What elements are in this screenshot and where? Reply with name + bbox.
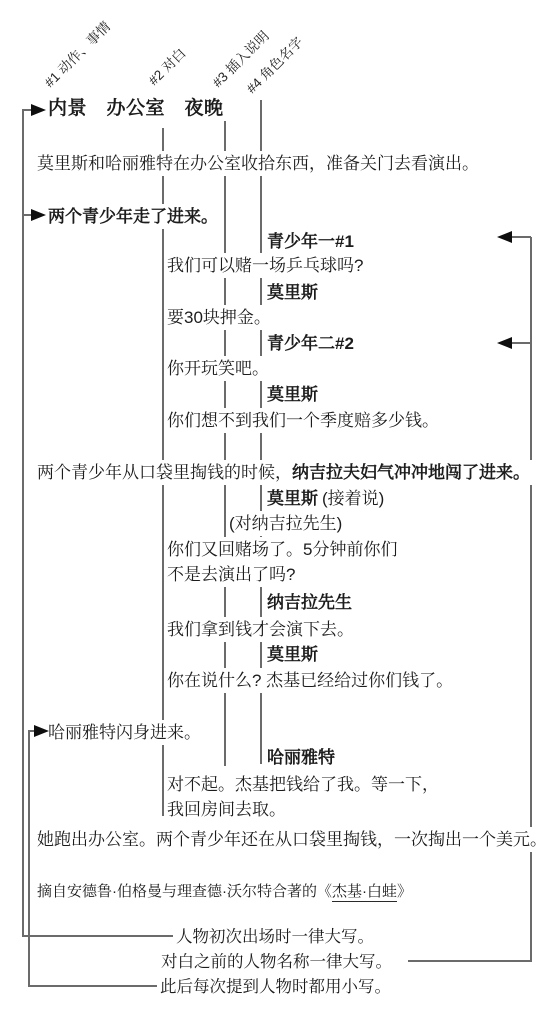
scene-heading: 内景 办公室 夜晚 <box>45 96 227 121</box>
subsequent-mention-bracket-line <box>28 731 30 987</box>
dialogue-line: 你开玩笑吧。 <box>164 356 272 381</box>
action-line-subsequent-mention: 哈丽雅特闪身进来。 <box>45 720 204 745</box>
action-line: 她跑出办公室。两个青少年还在从口袋里掏钱，一次掏出一个美元。 <box>34 827 550 852</box>
dialogue-line: 我回房间去取。 <box>164 797 289 822</box>
citation-prefix: 摘自安德鲁·伯格曼与理查德·沃尔特合著的《 <box>37 883 332 900</box>
action-text: 两个青少年从口袋里掏钱的时候， <box>37 463 292 482</box>
first-appearance-connector <box>22 935 184 937</box>
right-arrow-icon <box>34 725 49 737</box>
annotation-character-names: 对白之前的人物名称一律大写。 <box>158 950 395 975</box>
source-citation: 摘自安德鲁·伯格曼与理查德·沃尔特合著的《杰基·白蛙》 <box>34 879 415 904</box>
character-name: 莫里斯 <box>264 382 321 407</box>
book-title: 杰基·白蛙 <box>332 883 397 902</box>
action-line: 莫里斯和哈丽雅特在办公室收拾东西，准备关门去看演出。 <box>34 151 482 176</box>
dialogue-line: 对不起。杰基把钱给了我。等一下， <box>164 772 442 797</box>
column-label-action: #1 动作、事情 <box>41 18 114 91</box>
dialogue-line: 我们拿到钱才会演下去。 <box>164 617 357 642</box>
character-name: 莫里斯 <box>264 642 321 667</box>
action-line: 两个青少年从口袋里掏钱的时候，纳吉拉夫妇气冲冲地闯了进来。 <box>34 460 533 485</box>
citation-suffix: 》 <box>397 883 412 900</box>
character-name: 哈丽雅特 <box>264 745 338 770</box>
dialogue-line: 要30块押金。 <box>164 305 274 330</box>
left-arrow-icon <box>497 337 512 349</box>
right-arrow-icon <box>31 104 46 116</box>
character-name-stub-1 <box>511 236 531 238</box>
annotation-first-appearance: 人物初次出场时一律大写。 <box>173 925 377 950</box>
action-line-first-appearance: 两个青少年走了进来。 <box>45 204 221 229</box>
subsequent-mention-connector <box>28 985 164 987</box>
column-label-dialogue: #2 对白 <box>145 45 189 89</box>
dialogue-line: 你们又回赌场了。5分钟前你们 <box>164 537 400 562</box>
dialogue-line: 你在说什么? 杰基已经给过你们钱了。 <box>164 668 456 693</box>
right-arrow-icon <box>31 209 46 221</box>
character-name: 纳吉拉先生 <box>264 590 355 615</box>
character-name: 青少年一#1 <box>264 229 357 254</box>
left-arrow-icon <box>497 231 512 243</box>
action-text-first-appearance: 纳吉拉夫妇气冲冲地闯了进来。 <box>292 463 530 482</box>
character-name-stub-2 <box>511 342 531 344</box>
character-name-bracket-line <box>530 237 532 962</box>
character-name-text: 莫里斯 <box>267 489 318 508</box>
parenthetical-margin-line <box>224 100 226 766</box>
character-name: 莫里斯 <box>264 280 321 305</box>
character-name-connector <box>408 960 531 962</box>
dialogue-line: 不是去演出了吗? <box>164 562 298 587</box>
annotation-subsequent-mention: 此后每次提到人物时都用小写。 <box>157 975 394 1000</box>
character-extension: (接着说) <box>322 489 384 508</box>
character-name: 青少年二#2 <box>264 331 357 356</box>
first-appearance-bracket-line <box>22 110 24 937</box>
screenplay-format-diagram: #1 动作、事情 #2 对白 #3 插入说明 #4 角色名字 内景 办公室 夜晚… <box>0 0 560 1024</box>
dialogue-line: 我们可以赌一场乒乓球吗? <box>164 253 366 278</box>
character-name: 莫里斯(接着说) <box>264 486 387 511</box>
parenthetical: (对纳吉拉先生) <box>226 511 345 536</box>
dialogue-line: 你们想不到我们一个季度赔多少钱。 <box>164 408 442 433</box>
